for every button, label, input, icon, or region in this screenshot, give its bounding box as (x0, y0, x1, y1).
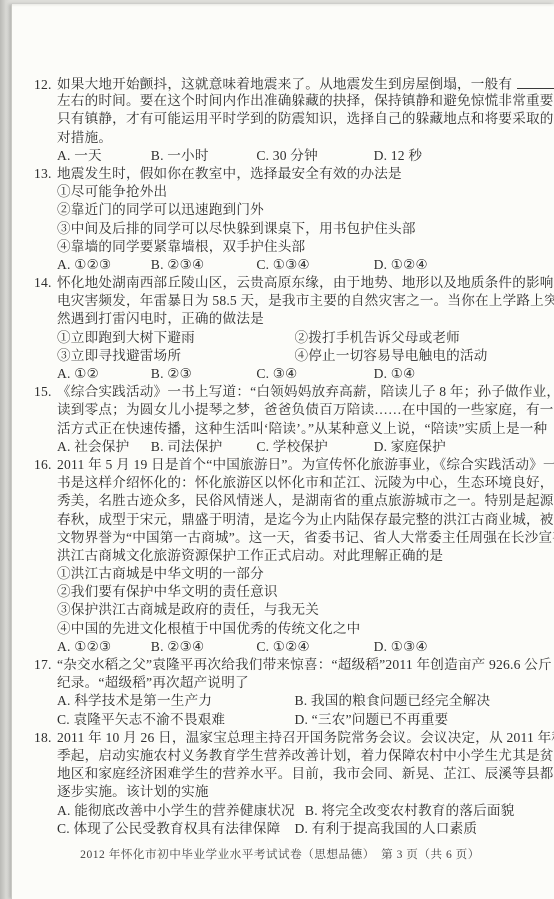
question-text: 只有镇静，才有可能运用平时学到的防震知识，选择自己的躲藏地点和将要采取的应 (57, 111, 554, 126)
choices-row: A. ①②B. ②③C. ③④D. ①④ (57, 365, 526, 383)
question-text: 电灾害频发，年雷暴日为 58.5 天，是我市主要的自然灾害之一。当你在上学路上突 (57, 293, 554, 308)
question-first-line: 16.2011 年 5 月 19 日是首个“中国旅游日”。为宣传怀化旅游事业，《… (57, 456, 526, 474)
question-13: 13.地震发生时，假如你在教室中，选择最安全有效的办法是①尽可能争抢外出②靠近门… (34, 165, 526, 274)
option-right: ④停止一切容易导电触电的活动 (294, 347, 487, 365)
question-text: 季起，启动实施农村义务教育学生营养改善计划，着力保障农村中小学生尤其是贫困 (57, 748, 554, 763)
question-text: 秀美，名胜古迹众多，民俗风情迷人，是湖南省的重点旅游城市之一。特别是起源于 (57, 493, 554, 508)
question-first-line: 13.地震发生时，假如你在教室中，选择最安全有效的办法是 (57, 165, 526, 183)
blank-underline (517, 74, 554, 89)
choice-item: D. ①④ (374, 365, 526, 383)
question-text: “杂交水稻之父”袁隆平再次给我们带来惊喜：“超级稻”2011 年创造亩产 926… (57, 657, 552, 672)
option-pair-row: A. 科学技术是第一生产力B. 我国的粮食问题已经完全解决 (57, 692, 526, 710)
question-line: ②我们要有保护中华文明的责任意识 (57, 583, 526, 601)
question-number: 17. (34, 656, 57, 674)
question-line: 活方式正在快速传播，这种生活叫‘陪读’。”从某种意义上说，“陪读”实质上是一种 (57, 420, 526, 438)
question-number: 14. (34, 274, 57, 292)
question-text: 如果大地开始颤抖，这就意味着地震来了。从地震发生到房屋倒塌，一般有 (57, 77, 512, 92)
choice-item: C. ③④ (256, 365, 373, 383)
choice-item: C. 30 分钟 (256, 147, 373, 165)
question-number: 12. (34, 76, 57, 94)
page-footer: 2012 年怀化市初中毕业学业水平考试试卷（思想品德） 第 3 页（共 6 页） (34, 846, 526, 862)
choice-item: D. ①②④ (374, 256, 526, 274)
choice-item: C. ①②④ (256, 638, 373, 656)
question-text: 活方式正在快速传播，这种生活叫‘陪读’。”从某种意义上说，“陪读”实质上是一种 (57, 421, 547, 436)
scanned-exam-page: { "page": { "footer": "2012 年怀化市初中毕业学业水平… (0, 0, 554, 899)
question-number: 15. (34, 383, 57, 401)
choice-item: B. 一小时 (151, 147, 257, 165)
question-number: 13. (34, 165, 57, 183)
question-line: ④靠墙的同学要紧靠墙根，双手护住头部 (57, 238, 526, 256)
question-text: 《综合实践活动》一书上写道：“白领妈妈放弃高薪，陪读儿子 8 年；孙子做作业，爷… (57, 384, 554, 399)
question-text: ②靠近门的同学可以迅速跑到门外 (57, 202, 264, 217)
question-15: 15.《综合实践活动》一书上写道：“白领妈妈放弃高薪，陪读儿子 8 年；孙子做作… (34, 383, 526, 456)
question-text: ④中国的先进文化根植于中国优秀的传统文化之中 (57, 621, 360, 636)
question-line: 电灾害频发，年雷暴日为 58.5 天，是我市主要的自然灾害之一。当你在上学路上突 (57, 292, 526, 310)
question-line: 文物界誉为“中国第一古商城”。这一天，省委书记、省人大常委主任周强在长沙宣布 (57, 529, 526, 547)
question-line: ④中国的先进文化根植于中国优秀的传统文化之中 (57, 620, 526, 638)
question-text: 逐步实施。该计划的实施 (57, 784, 209, 799)
question-first-line: 12.如果大地开始颤抖，这就意味着地震来了。从地震发生到房屋倒塌，一般有 (57, 74, 526, 92)
choice-item: B. ②③ (151, 365, 257, 383)
option-pair-row: ①立即跑到大树下避雨②拨打手机告诉父母或老师 (57, 329, 526, 347)
question-text: 怀化地处湖南西部丘陵山区，云贵高原东缘，由于地势、地形以及地质条件的影响，雷 (57, 275, 554, 290)
question-first-line: 18.2011 年 10 月 26 日，温家宝总理主持召开国务院常务会议。会议决… (57, 729, 526, 747)
question-text: ③保护洪江古商城是政府的责任，与我无关 (57, 602, 319, 617)
question-line: ①洪江古商城是中华文明的一部分 (57, 565, 526, 583)
question-text: 洪江古商城文化旅游资源保护工作正式启动。对此理解正确的是 (57, 548, 443, 563)
question-line: ③保护洪江古商城是政府的责任，与我无关 (57, 601, 526, 619)
question-line: 洪江古商城文化旅游资源保护工作正式启动。对此理解正确的是 (57, 547, 526, 565)
question-line: 对措施。 (57, 129, 526, 147)
question-line: 只有镇静，才有可能运用平时学到的防震知识，选择自己的躲藏地点和将要采取的应 (57, 110, 526, 128)
question-line: 纪录。“超级稻”再次超产说明了 (57, 674, 526, 692)
choice-item: C. 学校保护 (256, 438, 373, 456)
question-text: 左右的时间。要在这个时间内作出准确躲藏的抉择，保持镇静和避免惊慌非常重要。 (57, 93, 554, 108)
question-line: 逐步实施。该计划的实施 (57, 783, 526, 801)
question-16: 16.2011 年 5 月 19 日是首个“中国旅游日”。为宣传怀化旅游事业，《… (34, 456, 526, 656)
question-line: 秀美，名胜古迹众多，民俗风情迷人，是湖南省的重点旅游城市之一。特别是起源于 (57, 492, 526, 510)
choice-item: C. ①③④ (256, 256, 373, 274)
option-left: A. 科学技术是第一生产力 (57, 692, 294, 710)
choices-row: A. 一天B. 一小时C. 30 分钟D. 12 秒 (57, 147, 526, 165)
question-14: 14.怀化地处湖南西部丘陵山区，云贵高原东缘，由于地势、地形以及地质条件的影响，… (34, 274, 526, 383)
question-line: 然遇到打雷闪电时，正确的做法是 (57, 310, 526, 328)
question-text: ①尽可能争抢外出 (57, 184, 167, 199)
question-text: 2011 年 10 月 26 日，温家宝总理主持召开国务院常务会议。会议决定，从… (57, 730, 554, 745)
option-left: C. 体现了公民受教育权具有法律保障 (57, 820, 294, 838)
choice-item: A. ①②③ (57, 638, 151, 656)
choice-item: A. ①②③ (57, 256, 151, 274)
option-pair-row: ③立即寻找避雷场所④停止一切容易导电触电的活动 (57, 347, 526, 365)
question-text: 读到零点；为圆女儿小提琴之梦，爸爸负债百万陪读……在中国的一些家庭，有一种生 (57, 402, 554, 417)
question-line: 读到零点；为圆女儿小提琴之梦，爸爸负债百万陪读……在中国的一些家庭，有一种生 (57, 401, 526, 419)
choice-item: D. 家庭保护 (374, 438, 526, 456)
option-right: B. 将完全改变农村教育的落后面貌 (305, 802, 515, 820)
question-text: 地区和家庭经济困难学生的营养水平。目前，我市会同、新晃、芷江、辰溪等县都已经 (57, 766, 554, 781)
option-right: D. “三农”问题已不再重要 (294, 711, 448, 729)
question-first-line: 14.怀化地处湖南西部丘陵山区，云贵高原东缘，由于地势、地形以及地质条件的影响，… (57, 274, 526, 292)
question-text: 纪录。“超级稻”再次超产说明了 (57, 675, 249, 690)
question-line: ①尽可能争抢外出 (57, 183, 526, 201)
question-text: 春秋，成型于宋元，鼎盛于明清，是迄今为止内陆保存最完整的洪江古商业城，被国内 (57, 512, 554, 527)
question-line: 春秋，成型于宋元，鼎盛于明清，是迄今为止内陆保存最完整的洪江古商业城，被国内 (57, 511, 526, 529)
question-text: ②我们要有保护中华文明的责任意识 (57, 584, 278, 599)
question-number: 16. (34, 456, 57, 474)
question-text: ①洪江古商城是中华文明的一部分 (57, 566, 264, 581)
option-left: C. 袁隆平矢志不渝不畏艰难 (57, 711, 294, 729)
question-line: 左右的时间。要在这个时间内作出准确躲藏的抉择，保持镇静和避免惊慌非常重要。 (57, 92, 526, 110)
option-pair-row: A. 能彻底改善中小学生的营养健康状况B. 将完全改变农村教育的落后面貌 (57, 802, 526, 820)
option-right: ②拨打手机告诉父母或老师 (294, 329, 460, 347)
question-text: 地震发生时，假如你在教室中，选择最安全有效的办法是 (57, 166, 402, 181)
question-line: ②靠近门的同学可以迅速跑到门外 (57, 201, 526, 219)
question-17: 17.“杂交水稻之父”袁隆平再次给我们带来惊喜：“超级稻”2011 年创造亩产 … (34, 656, 526, 729)
option-pair-row: C. 袁隆平矢志不渝不畏艰难D. “三农”问题已不再重要 (57, 711, 526, 729)
choices-row: A. 社会保护B. 司法保护C. 学校保护D. 家庭保护 (57, 438, 526, 456)
question-text: 文物界誉为“中国第一古商城”。这一天，省委书记、省人大常委主任周强在长沙宣布 (57, 530, 554, 545)
choices-row: A. ①②③B. ②③④C. ①②④D. ①③④ (57, 638, 526, 656)
choice-item: B. 司法保护 (151, 438, 257, 456)
option-pair-row: C. 体现了公民受教育权具有法律保障D. 有利于提高我国的人口素质 (57, 820, 526, 838)
question-line: 书是这样介绍怀化的：怀化旅游区以怀化市和芷江、沅陵为中心，生态环境良好，山川 (57, 474, 526, 492)
question-12: 12.如果大地开始颤抖，这就意味着地震来了。从地震发生到房屋倒塌，一般有左右的时… (34, 74, 526, 165)
exam-paper: 12.如果大地开始颤抖，这就意味着地震来了。从地震发生到房屋倒塌，一般有左右的时… (11, 4, 554, 899)
option-right: B. 我国的粮食问题已经完全解决 (294, 692, 490, 710)
question-line: 地区和家庭经济困难学生的营养水平。目前，我市会同、新晃、芷江、辰溪等县都已经 (57, 765, 526, 783)
option-left: ③立即寻找避雷场所 (57, 347, 294, 365)
choice-item: D. 12 秒 (374, 147, 526, 165)
question-text: 书是这样介绍怀化的：怀化旅游区以怀化市和芷江、沅陵为中心，生态环境良好，山川 (57, 475, 554, 490)
question-18: 18.2011 年 10 月 26 日，温家宝总理主持召开国务院常务会议。会议决… (34, 729, 526, 838)
question-text: ③中间及后排的同学可以尽快躲到课桌下，用书包护住头部 (57, 221, 416, 236)
choice-item: B. ②③④ (151, 638, 257, 656)
question-first-line: 17.“杂交水稻之父”袁隆平再次给我们带来惊喜：“超级稻”2011 年创造亩产 … (57, 656, 526, 674)
question-text: 然遇到打雷闪电时，正确的做法是 (57, 311, 264, 326)
option-left: A. 能彻底改善中小学生的营养健康状况 (57, 802, 305, 820)
question-first-line: 15.《综合实践活动》一书上写道：“白领妈妈放弃高薪，陪读儿子 8 年；孙子做作… (57, 383, 526, 401)
questions: 12.如果大地开始颤抖，这就意味着地震来了。从地震发生到房屋倒塌，一般有左右的时… (34, 74, 526, 838)
question-text: 2011 年 5 月 19 日是首个“中国旅游日”。为宣传怀化旅游事业，《综合实… (57, 457, 554, 472)
choice-item: D. ①③④ (374, 638, 526, 656)
choice-item: A. ①② (57, 365, 151, 383)
option-right: D. 有利于提高我国的人口素质 (294, 820, 477, 838)
choice-item: A. 一天 (57, 147, 151, 165)
question-text: 对措施。 (57, 130, 112, 145)
choice-item: B. ②③④ (151, 256, 257, 274)
question-line: 季起，启动实施农村义务教育学生营养改善计划，着力保障农村中小学生尤其是贫困 (57, 747, 526, 765)
choices-row: A. ①②③B. ②③④C. ①③④D. ①②④ (57, 256, 526, 274)
option-left: ①立即跑到大树下避雨 (57, 329, 294, 347)
question-text: ④靠墙的同学要紧靠墙根，双手护住头部 (57, 239, 305, 254)
choice-item: A. 社会保护 (57, 438, 151, 456)
question-number: 18. (34, 729, 57, 747)
question-line: ③中间及后排的同学可以尽快躲到课桌下，用书包护住头部 (57, 220, 526, 238)
